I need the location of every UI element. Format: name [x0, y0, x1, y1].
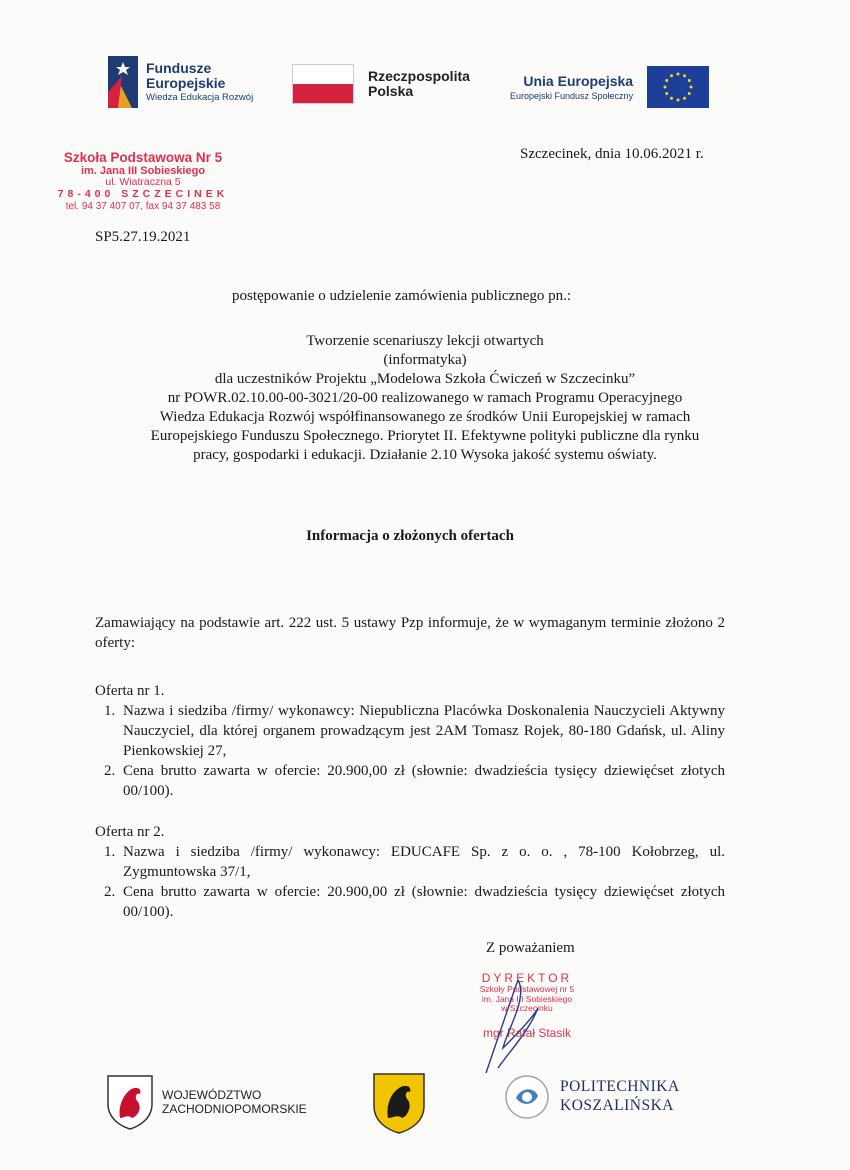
polish-flag-icon [292, 64, 354, 104]
title-line: nr POWR.02.10.00-00-3021/20-00 realizowa… [60, 389, 790, 408]
title-line: Tworzenie scenariuszy lekcji otwartych [60, 332, 790, 351]
fundusze-title-1: Fundusze [146, 61, 253, 76]
offer-item: Cena brutto zawarta w ofercie: 20.900,00… [119, 882, 725, 922]
offer-heading: Oferta nr 1. [95, 681, 725, 701]
school-stamp: Szkoła Podstawowa Nr 5 im. Jana III Sobi… [48, 150, 238, 212]
title-line: pracy, gospodarki i edukacji. Działanie … [60, 446, 790, 465]
wojewodztwo-line1: WOJEWÓDZTWO [162, 1088, 307, 1102]
document-date: Szczecinek, dnia 10.06.2021 r. [520, 146, 704, 163]
eu-logo: Unia Europejska Europejski Fundusz Społe… [510, 66, 709, 108]
handwritten-signature [478, 978, 558, 1078]
fundusze-europejskie-icon [108, 56, 138, 108]
offer-item: Cena brutto zawarta w ofercie: 20.900,00… [119, 761, 725, 801]
stamp-city: 78-400 SZCZECINEK [48, 189, 238, 201]
title-line: (informatyka) [60, 351, 790, 370]
politechnika-emblem-icon [504, 1074, 550, 1120]
procurement-title: Tworzenie scenariuszy lekcji otwartych (… [60, 332, 790, 465]
offer-2: Oferta nr 2. Nazwa i siedziba /firmy/ wy… [95, 822, 725, 922]
wojewodztwo-logo: WOJEWÓDZTWO ZACHODNIOPOMORSKIE [106, 1074, 307, 1130]
stamp-school-name: Szkoła Podstawowa Nr 5 [48, 150, 238, 165]
title-line: Europejskiego Funduszu Społecznego. Prio… [60, 427, 790, 446]
politechnika-logo: POLITECHNIKA KOSZALIŃSKA [504, 1074, 680, 1120]
offer-1: Oferta nr 1. Nazwa i siedziba /firmy/ wy… [95, 681, 725, 801]
offer-item: Nazwa i siedziba /firmy/ wykonawcy: Niep… [119, 701, 725, 761]
poland-line2: Polska [368, 84, 470, 99]
rzeczpospolita-logo: Rzeczpospolita Polska [292, 64, 470, 104]
fundusze-europejskie-logo: Fundusze Europejskie Wiedza Edukacja Roz… [108, 56, 253, 108]
title-line: Wiedza Edukacja Rozwój współfinansowaneg… [60, 408, 790, 427]
section-title: Informacja o złożonych ofertach [0, 528, 820, 545]
offer-heading: Oferta nr 2. [95, 822, 725, 842]
griffin-crest-icon [106, 1074, 154, 1130]
offer-item: Nazwa i siedziba /firmy/ wykonawcy: EDUC… [119, 842, 725, 882]
title-line: dla uczestników Projektu „Modelowa Szkoł… [60, 370, 790, 389]
poland-line1: Rzeczpospolita [368, 69, 470, 84]
city-crest-icon [372, 1072, 426, 1134]
politechnika-line2: KOSZALIŃSKA [560, 1097, 680, 1116]
offers-intro-paragraph: Zamawiający na podstawie art. 222 ust. 5… [95, 613, 725, 653]
eu-flag-icon [647, 66, 709, 108]
eu-title: Unia Europejska [510, 73, 633, 89]
closing-text: Z poważaniem [486, 940, 575, 957]
intro-text: postępowanie o udzielenie zamówienia pub… [232, 287, 571, 306]
wojewodztwo-line2: ZACHODNIOPOMORSKIE [162, 1102, 307, 1116]
eu-subtitle: Europejski Fundusz Społeczny [510, 91, 633, 101]
reference-number: SP5.27.19.2021 [95, 229, 190, 246]
stamp-phone: tel. 94 37 407 07, fax 94 37 483 58 [48, 201, 238, 212]
fundusze-title-2: Europejskie [146, 76, 253, 91]
fundusze-subtitle: Wiedza Edukacja Rozwój [146, 93, 253, 103]
politechnika-line1: POLITECHNIKA [560, 1078, 680, 1097]
